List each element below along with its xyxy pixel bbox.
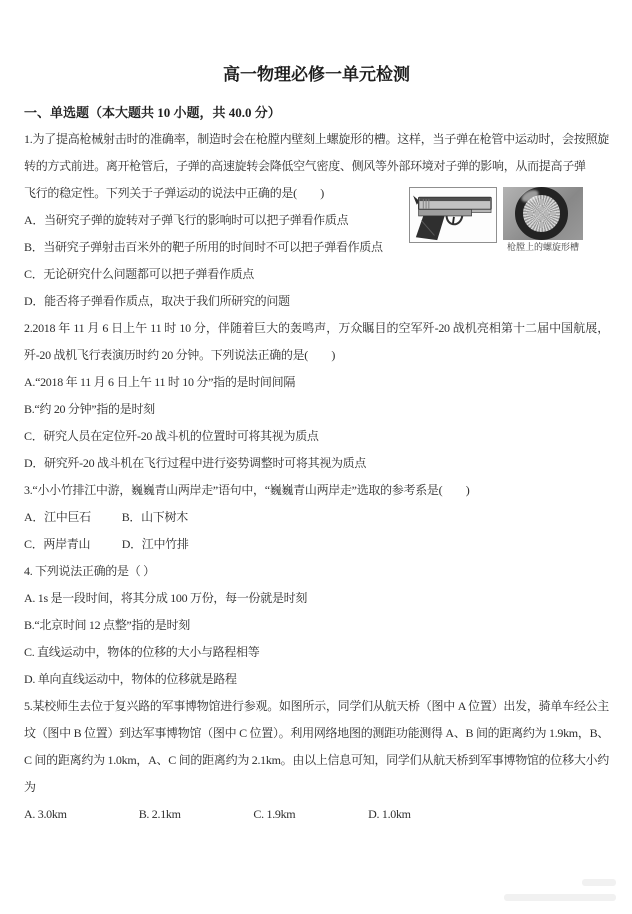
question-2-stem: 2.2018 年 11 月 6 日上午 11 时 10 分，伴随着巨大的轰鸣声，…: [24, 315, 609, 369]
faint-watermark: [504, 894, 616, 901]
exam-paper-page: 高一物理必修一单元检测 一、单选题（本大题共 10 小题，共 40.0 分） 1…: [0, 0, 632, 914]
question-5-option-d: D. 1.0km: [368, 807, 411, 821]
question-1-option-c: C．无论研究什么问题都可以把子弹看作质点: [24, 261, 609, 288]
question-1-stem-lead: 1.为了提高枪械射击时的准确率，制造时会在枪膛内壁刻上螺旋形的槽。这样，当子弹在…: [24, 126, 609, 180]
question-5-option-b: B. 2.1km: [139, 801, 251, 828]
figure-caption: 枪膛上的螺旋形槽: [503, 241, 583, 254]
question-5-option-c: C. 1.9km: [253, 801, 365, 828]
question-5-stem: 5.某校师生去位于复兴路的军事博物馆进行参观。如图所示，同学们从航天桥（图中 A…: [24, 693, 609, 801]
pistol-image: [409, 187, 497, 243]
question-3-options-row-1: A．江中巨石 B．山下树木: [24, 504, 609, 531]
page-content: 高一物理必修一单元检测 一、单选题（本大题共 10 小题，共 40.0 分） 1…: [0, 0, 632, 828]
question-3-option-c: C．两岸青山: [24, 531, 119, 558]
faint-watermark: [582, 879, 616, 886]
section-header: 一、单选题（本大题共 10 小题，共 40.0 分）: [24, 99, 609, 126]
page-title: 高一物理必修一单元检测: [24, 60, 609, 90]
pistol-icon: [411, 189, 495, 241]
question-4-option-a: A. 1s 是一段时间，将其分成 100 万份，每一份就是时刻: [24, 585, 609, 612]
question-1-figure: 枪膛上的螺旋形槽: [409, 187, 583, 254]
question-2: 2.2018 年 11 月 6 日上午 11 时 10 分，伴随着巨大的轰鸣声，…: [24, 315, 609, 477]
question-3-option-d: D．江中竹排: [122, 537, 189, 551]
question-5: 5.某校师生去位于复兴路的军事博物馆进行参观。如图所示，同学们从航天桥（图中 A…: [24, 693, 609, 828]
rifling-figure: 枪膛上的螺旋形槽: [503, 187, 583, 254]
question-5-option-a: A. 3.0km: [24, 801, 136, 828]
question-4-stem: 4. 下列说法正确的是（ ）: [24, 558, 609, 585]
question-2-option-b: B.“约 20 分钟”指的是时刻: [24, 396, 609, 423]
question-4: 4. 下列说法正确的是（ ） A. 1s 是一段时间，将其分成 100 万份，每…: [24, 558, 609, 693]
question-1-option-d: D．能否将子弹看作质点，取决于我们所研究的问题: [24, 288, 609, 315]
question-2-option-c: C．研究人员在定位歼-20 战斗机的位置时可将其视为质点: [24, 423, 609, 450]
question-1: 1.为了提高枪械射击时的准确率，制造时会在枪膛内壁刻上螺旋形的槽。这样，当子弹在…: [24, 126, 609, 315]
question-3: 3.“小小竹排江中游，巍巍青山两岸走”语句中，“巍巍青山两岸走”选取的参考系是(…: [24, 477, 609, 558]
question-3-stem: 3.“小小竹排江中游，巍巍青山两岸走”语句中，“巍巍青山两岸走”选取的参考系是(…: [24, 477, 609, 504]
question-4-option-d: D. 单向直线运动中，物体的位移就是路程: [24, 666, 609, 693]
question-3-option-a: A．江中巨石: [24, 504, 119, 531]
question-3-option-b: B．山下树木: [122, 510, 188, 524]
question-4-option-b: B.“北京时间 12 点整”指的是时刻: [24, 612, 609, 639]
question-2-option-a: A.“2018 年 11 月 6 日上午 11 时 10 分”指的是时间间隔: [24, 369, 609, 396]
rifling-image: [503, 187, 583, 240]
question-3-options-row-2: C．两岸青山 D．江中竹排: [24, 531, 609, 558]
question-5-options-row: A. 3.0km B. 2.1km C. 1.9km D. 1.0km: [24, 801, 609, 828]
question-2-option-d: D．研究歼-20 战斗机在飞行过程中进行姿势调整时可将其视为质点: [24, 450, 609, 477]
question-4-option-c: C. 直线运动中，物体的位移的大小与路程相等: [24, 639, 609, 666]
figure-images-row: 枪膛上的螺旋形槽: [409, 187, 583, 254]
